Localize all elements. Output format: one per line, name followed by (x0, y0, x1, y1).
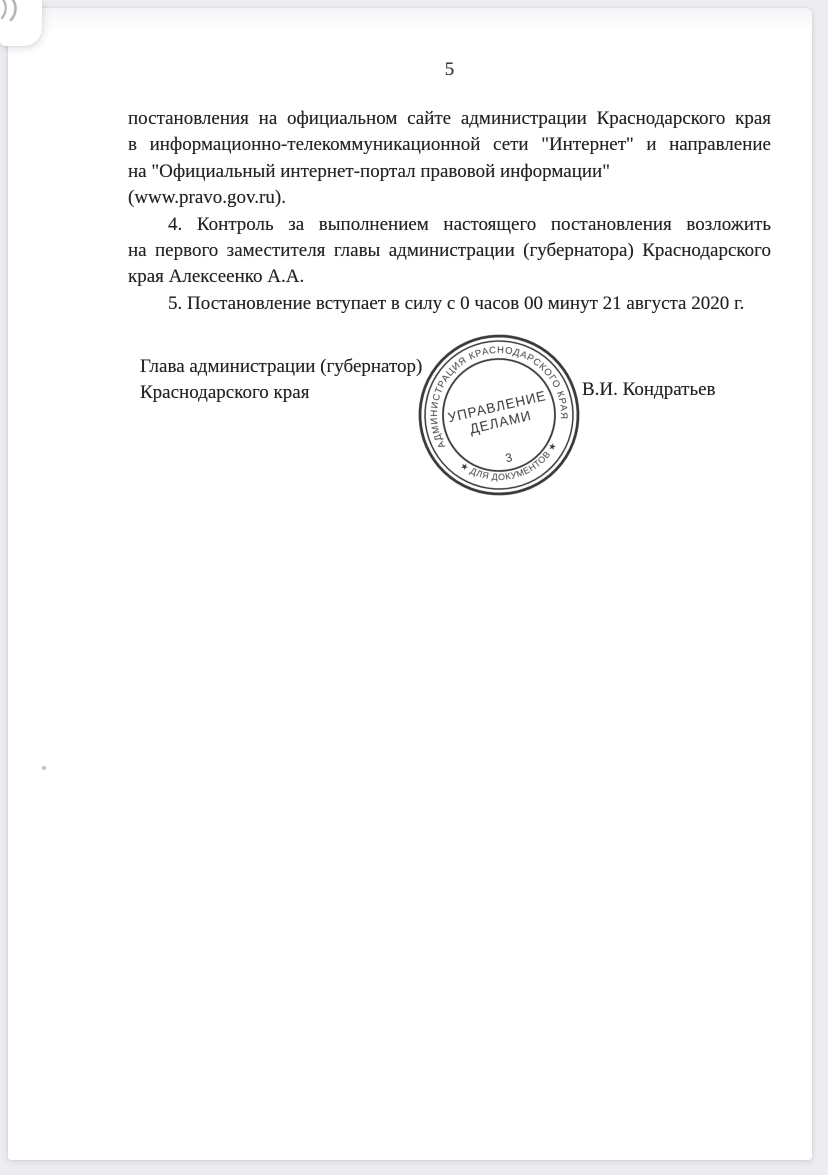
body-line: 5. Постановление вступает в силу с 0 час… (128, 291, 771, 317)
stamp-ring-top-text: АДМИНИСТРАЦИЯ КРАСНОДАРСКОГО КРАЯ (415, 331, 572, 451)
document-body: постановления на официальном сайте админ… (128, 106, 771, 317)
body-line: края Алексеенко А.А. (128, 264, 771, 290)
document-page: 5 постановления на официальном сайте адм… (8, 8, 812, 1160)
document-viewer: 5 постановления на официальном сайте адм… (0, 0, 828, 1175)
scan-speck (41, 765, 47, 771)
corner-overlay (0, 0, 42, 46)
stamp-number: 3 (505, 452, 514, 465)
signature-position: Глава администрации (губернатор) Краснод… (140, 354, 422, 406)
body-line: 4. Контроль за выполнением настоящего по… (128, 212, 771, 238)
body-line: на "Официальный интернет-портал правовой… (128, 159, 771, 212)
body-line: в информационно-телекоммуникационной сет… (128, 132, 771, 158)
signature-name: В.И. Кондратьев (582, 379, 716, 401)
body-line: постановления на официальном сайте админ… (128, 106, 771, 132)
body-line: на первого заместителя главы администрац… (128, 238, 771, 264)
signature-position-line1: Глава администрации (губернатор) (140, 354, 422, 380)
official-stamp: АДМИНИСТРАЦИЯ КРАСНОДАРСКОГО КРАЯ ★ ДЛЯ … (391, 307, 607, 523)
page-number: 5 (128, 59, 771, 81)
signature-position-line2: Краснодарского края (140, 380, 422, 406)
page-curl-icon (0, 0, 42, 46)
